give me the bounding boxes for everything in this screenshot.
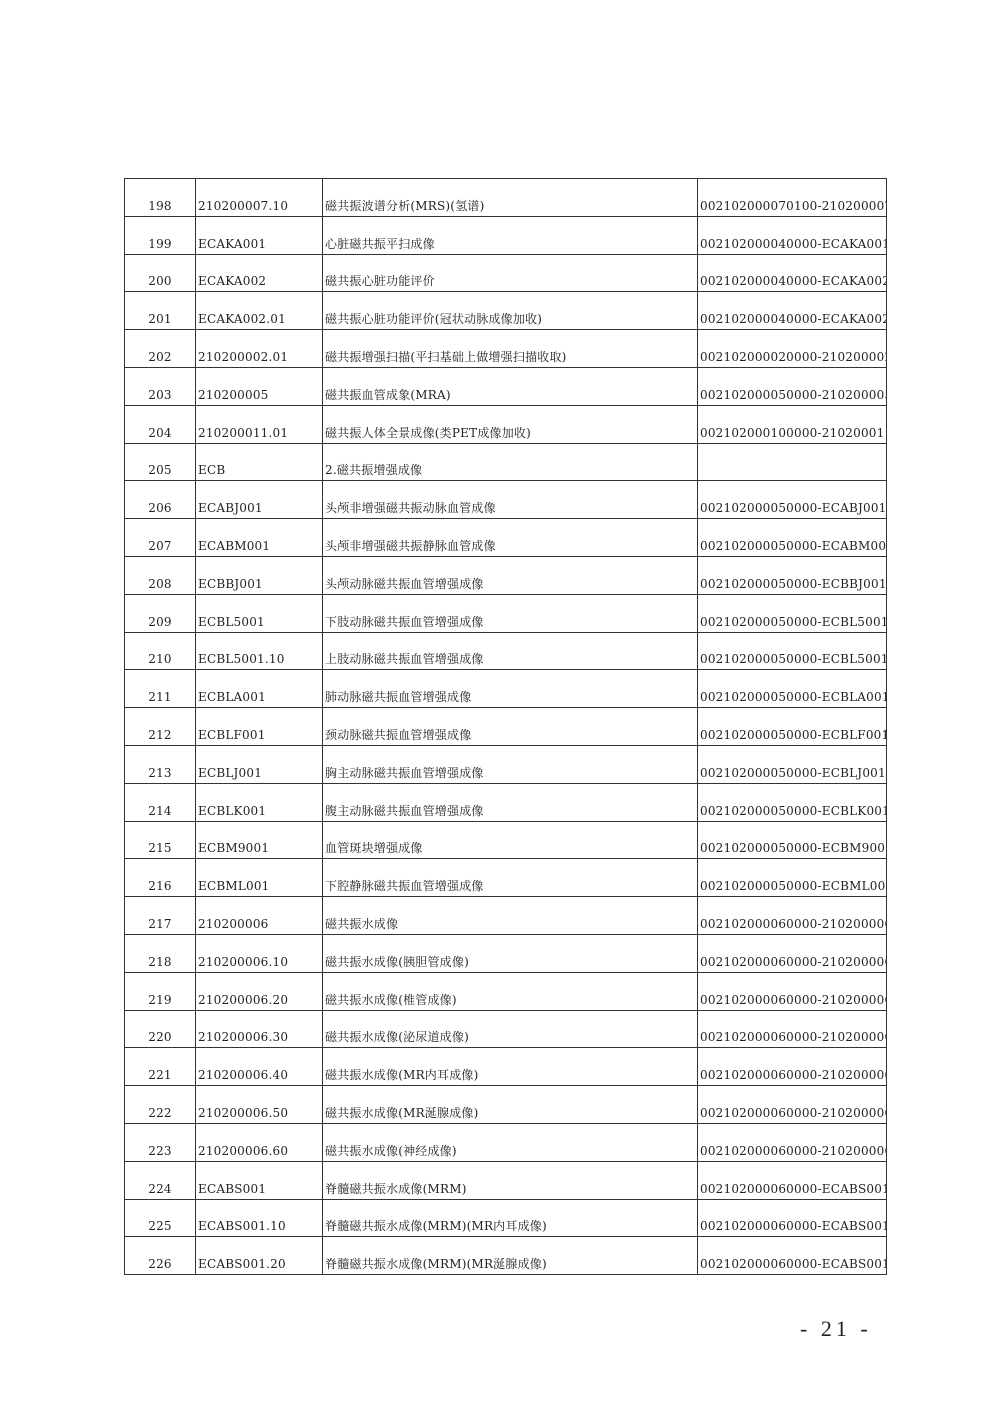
full-code-cell: 002102000060000-210200006.60 (698, 1123, 887, 1161)
item-name-cell: 磁共振增强扫描(平扫基础上做增强扫描收取) (323, 330, 698, 368)
full-code-cell: 002102000050000-ECBBJ001 (698, 556, 887, 594)
table-row: 211ECBLA001肺动脉磁共振血管增强成像002102000050000-E… (125, 670, 887, 708)
table-row: 208ECBBJ001头颅动脉磁共振血管增强成像002102000050000-… (125, 556, 887, 594)
item-name-cell: 磁共振心脏功能评价 (323, 254, 698, 292)
row-number-cell: 204 (125, 405, 196, 443)
table-row: 213ECBLJ001胸主动脉磁共振血管增强成像002102000050000-… (125, 745, 887, 783)
row-number-cell: 214 (125, 783, 196, 821)
full-code-cell: 002102000050000-ECBML001 (698, 859, 887, 897)
item-name-cell: 头颅非增强磁共振动脉血管成像 (323, 481, 698, 519)
row-number-cell: 222 (125, 1086, 196, 1124)
item-code-cell: 210200006.30 (196, 1010, 323, 1048)
row-number-cell: 208 (125, 556, 196, 594)
item-code-cell: 210200005 (196, 367, 323, 405)
row-number-cell: 210 (125, 632, 196, 670)
table-row: 226ECABS001.20脊髓磁共振水成像(MRM)(MR涎腺成像)00210… (125, 1237, 887, 1275)
table-row: 220210200006.30磁共振水成像(泌尿道成像)002102000060… (125, 1010, 887, 1048)
item-code-cell: ECABS001 (196, 1161, 323, 1199)
item-code-cell: ECBLF001 (196, 708, 323, 746)
table-row: 214ECBLK001腹主动脉磁共振血管增强成像002102000050000-… (125, 783, 887, 821)
item-code-cell: ECBLA001 (196, 670, 323, 708)
item-code-cell: 210200006.20 (196, 972, 323, 1010)
row-number-cell: 223 (125, 1123, 196, 1161)
item-name-cell: 磁共振水成像(胰胆管成像) (323, 934, 698, 972)
row-number-cell: 218 (125, 934, 196, 972)
row-number-cell: 217 (125, 897, 196, 935)
item-name-cell: 2.磁共振增强成像 (323, 443, 698, 481)
item-name-cell: 磁共振水成像(泌尿道成像) (323, 1010, 698, 1048)
table-row: 206ECABJ001头颅非增强磁共振动脉血管成像002102000050000… (125, 481, 887, 519)
item-name-cell: 腹主动脉磁共振血管增强成像 (323, 783, 698, 821)
item-code-cell: 210200002.01 (196, 330, 323, 368)
row-number-cell: 211 (125, 670, 196, 708)
table-row: 225ECABS001.10脊髓磁共振水成像(MRM)(MR内耳成像)00210… (125, 1199, 887, 1237)
full-code-cell: 002102000040000-ECAKA002 (698, 254, 887, 292)
item-name-cell: 脊髓磁共振水成像(MRM) (323, 1161, 698, 1199)
item-name-cell: 磁共振水成像 (323, 897, 698, 935)
table-row: 221210200006.40磁共振水成像(MR内耳成像)00210200006… (125, 1048, 887, 1086)
item-code-cell: ECBL5001.10 (196, 632, 323, 670)
row-number-cell: 209 (125, 594, 196, 632)
item-name-cell: 血管斑块增强成像 (323, 821, 698, 859)
table-row: 222210200006.50磁共振水成像(MR涎腺成像)00210200006… (125, 1086, 887, 1124)
full-code-cell: 002102000040000-ECAKA002.01 (698, 292, 887, 330)
table-row: 209ECBL5001下肢动脉磁共振血管增强成像002102000050000-… (125, 594, 887, 632)
full-code-cell: 002102000100000-210200011.01 (698, 405, 887, 443)
item-name-cell: 磁共振波谱分析(MRS)(氢谱) (323, 179, 698, 217)
full-code-cell (698, 443, 887, 481)
item-code-cell: ECB (196, 443, 323, 481)
item-name-cell: 下腔静脉磁共振血管增强成像 (323, 859, 698, 897)
row-number-cell: 219 (125, 972, 196, 1010)
item-code-cell: ECBML001 (196, 859, 323, 897)
item-name-cell: 脊髓磁共振水成像(MRM)(MR内耳成像) (323, 1199, 698, 1237)
table-row: 218210200006.10磁共振水成像(胰胆管成像)002102000060… (125, 934, 887, 972)
row-number-cell: 226 (125, 1237, 196, 1275)
medical-service-code-table: 198210200007.10磁共振波谱分析(MRS)(氢谱)002102000… (124, 178, 887, 1275)
item-name-cell: 胸主动脉磁共振血管增强成像 (323, 745, 698, 783)
item-code-cell: 210200006.40 (196, 1048, 323, 1086)
full-code-cell: 002102000060000-210200006.10 (698, 934, 887, 972)
full-code-cell: 002102000060000-210200006.30 (698, 1010, 887, 1048)
item-code-cell: 210200006.50 (196, 1086, 323, 1124)
table-row: 199ECAKA001心脏磁共振平扫成像002102000040000-ECAK… (125, 216, 887, 254)
table-row: 219210200006.20磁共振水成像(椎管成像)0021020000600… (125, 972, 887, 1010)
full-code-cell: 002102000050000-ECABM001 (698, 519, 887, 557)
item-code-cell: ECABS001.10 (196, 1199, 323, 1237)
full-code-cell: 002102000050000-210200005 (698, 367, 887, 405)
table-row: 217210200006磁共振水成像002102000060000-210200… (125, 897, 887, 935)
full-code-cell: 002102000050000-ECBL5001 (698, 594, 887, 632)
full-code-cell: 002102000060000-ECABS001.10 (698, 1199, 887, 1237)
item-code-cell: 210200006.60 (196, 1123, 323, 1161)
row-number-cell: 220 (125, 1010, 196, 1048)
item-name-cell: 心脏磁共振平扫成像 (323, 216, 698, 254)
full-code-cell: 002102000060000-210200006.50 (698, 1086, 887, 1124)
item-name-cell: 头颅动脉磁共振血管增强成像 (323, 556, 698, 594)
full-code-cell: 002102000020000-210200002.01 (698, 330, 887, 368)
table-row: 207ECABM001头颅非增强磁共振静脉血管成像002102000050000… (125, 519, 887, 557)
item-code-cell: ECABM001 (196, 519, 323, 557)
table-row: 201ECAKA002.01磁共振心脏功能评价(冠状动脉成像加收)0021020… (125, 292, 887, 330)
row-number-cell: 216 (125, 859, 196, 897)
item-name-cell: 上肢动脉磁共振血管增强成像 (323, 632, 698, 670)
full-code-cell: 002102000050000-ECBLA001 (698, 670, 887, 708)
full-code-cell: 002102000060000-210200006.40 (698, 1048, 887, 1086)
item-name-cell: 下肢动脉磁共振血管增强成像 (323, 594, 698, 632)
item-name-cell: 脊髓磁共振水成像(MRM)(MR涎腺成像) (323, 1237, 698, 1275)
row-number-cell: 199 (125, 216, 196, 254)
table-row: 205ECB2.磁共振增强成像 (125, 443, 887, 481)
item-name-cell: 磁共振人体全景成像(类PET成像加收) (323, 405, 698, 443)
full-code-cell: 002102000040000-ECAKA001 (698, 216, 887, 254)
table-row: 212ECBLF001颈动脉磁共振血管增强成像002102000050000-E… (125, 708, 887, 746)
full-code-cell: 002102000050000-ECBM9001 (698, 821, 887, 859)
full-code-cell: 002102000050000-ECBL5001.10 (698, 632, 887, 670)
item-code-cell: ECBM9001 (196, 821, 323, 859)
row-number-cell: 221 (125, 1048, 196, 1086)
row-number-cell: 225 (125, 1199, 196, 1237)
row-number-cell: 201 (125, 292, 196, 330)
full-code-cell: 002102000060000-210200006 (698, 897, 887, 935)
full-code-cell: 002102000050000-ECABJ001 (698, 481, 887, 519)
row-number-cell: 215 (125, 821, 196, 859)
row-number-cell: 224 (125, 1161, 196, 1199)
item-name-cell: 肺动脉磁共振血管增强成像 (323, 670, 698, 708)
table-row: 204210200011.01磁共振人体全景成像(类PET成像加收)002102… (125, 405, 887, 443)
table-row: 203210200005磁共振血管成象(MRA)002102000050000-… (125, 367, 887, 405)
full-code-cell: 002102000060000-210200006.20 (698, 972, 887, 1010)
item-name-cell: 磁共振水成像(MR内耳成像) (323, 1048, 698, 1086)
item-code-cell: 210200007.10 (196, 179, 323, 217)
item-code-cell: ECBL5001 (196, 594, 323, 632)
item-name-cell: 头颅非增强磁共振静脉血管成像 (323, 519, 698, 557)
table-row: 200ECAKA002磁共振心脏功能评价002102000040000-ECAK… (125, 254, 887, 292)
item-code-cell: 210200006 (196, 897, 323, 935)
row-number-cell: 202 (125, 330, 196, 368)
table-row: 215ECBM9001血管斑块增强成像002102000050000-ECBM9… (125, 821, 887, 859)
row-number-cell: 212 (125, 708, 196, 746)
table-body: 198210200007.10磁共振波谱分析(MRS)(氢谱)002102000… (125, 179, 887, 1275)
item-code-cell: 210200011.01 (196, 405, 323, 443)
item-code-cell: ECBLK001 (196, 783, 323, 821)
table-row: 198210200007.10磁共振波谱分析(MRS)(氢谱)002102000… (125, 179, 887, 217)
item-code-cell: ECAKA001 (196, 216, 323, 254)
table-row: 210ECBL5001.10上肢动脉磁共振血管增强成像0021020000500… (125, 632, 887, 670)
row-number-cell: 205 (125, 443, 196, 481)
row-number-cell: 200 (125, 254, 196, 292)
table-row: 216ECBML001下腔静脉磁共振血管增强成像002102000050000-… (125, 859, 887, 897)
item-code-cell: ECABS001.20 (196, 1237, 323, 1275)
full-code-cell: 002102000060000-ECABS001.20 (698, 1237, 887, 1275)
item-code-cell: ECBLJ001 (196, 745, 323, 783)
full-code-cell: 002102000060000-ECABS001 (698, 1161, 887, 1199)
row-number-cell: 213 (125, 745, 196, 783)
item-code-cell: ECAKA002 (196, 254, 323, 292)
item-name-cell: 磁共振血管成象(MRA) (323, 367, 698, 405)
item-name-cell: 磁共振水成像(MR涎腺成像) (323, 1086, 698, 1124)
table-row: 202210200002.01磁共振增强扫描(平扫基础上做增强扫描收取)0021… (125, 330, 887, 368)
full-code-cell: 002102000050000-ECBLK001 (698, 783, 887, 821)
full-code-cell: 002102000050000-ECBLF001 (698, 708, 887, 746)
row-number-cell: 206 (125, 481, 196, 519)
item-name-cell: 磁共振水成像(椎管成像) (323, 972, 698, 1010)
item-code-cell: ECAKA002.01 (196, 292, 323, 330)
item-code-cell: ECABJ001 (196, 481, 323, 519)
table-row: 223210200006.60磁共振水成像(神经成像)0021020000600… (125, 1123, 887, 1161)
row-number-cell: 203 (125, 367, 196, 405)
item-name-cell: 颈动脉磁共振血管增强成像 (323, 708, 698, 746)
page-number: - 21 - (800, 1316, 872, 1342)
row-number-cell: 198 (125, 179, 196, 217)
full-code-cell: 002102000070100-210200007.10 (698, 179, 887, 217)
item-code-cell: 210200006.10 (196, 934, 323, 972)
item-name-cell: 磁共振心脏功能评价(冠状动脉成像加收) (323, 292, 698, 330)
item-code-cell: ECBBJ001 (196, 556, 323, 594)
row-number-cell: 207 (125, 519, 196, 557)
item-name-cell: 磁共振水成像(神经成像) (323, 1123, 698, 1161)
table-row: 224ECABS001脊髓磁共振水成像(MRM)002102000060000-… (125, 1161, 887, 1199)
full-code-cell: 002102000050000-ECBLJ001 (698, 745, 887, 783)
